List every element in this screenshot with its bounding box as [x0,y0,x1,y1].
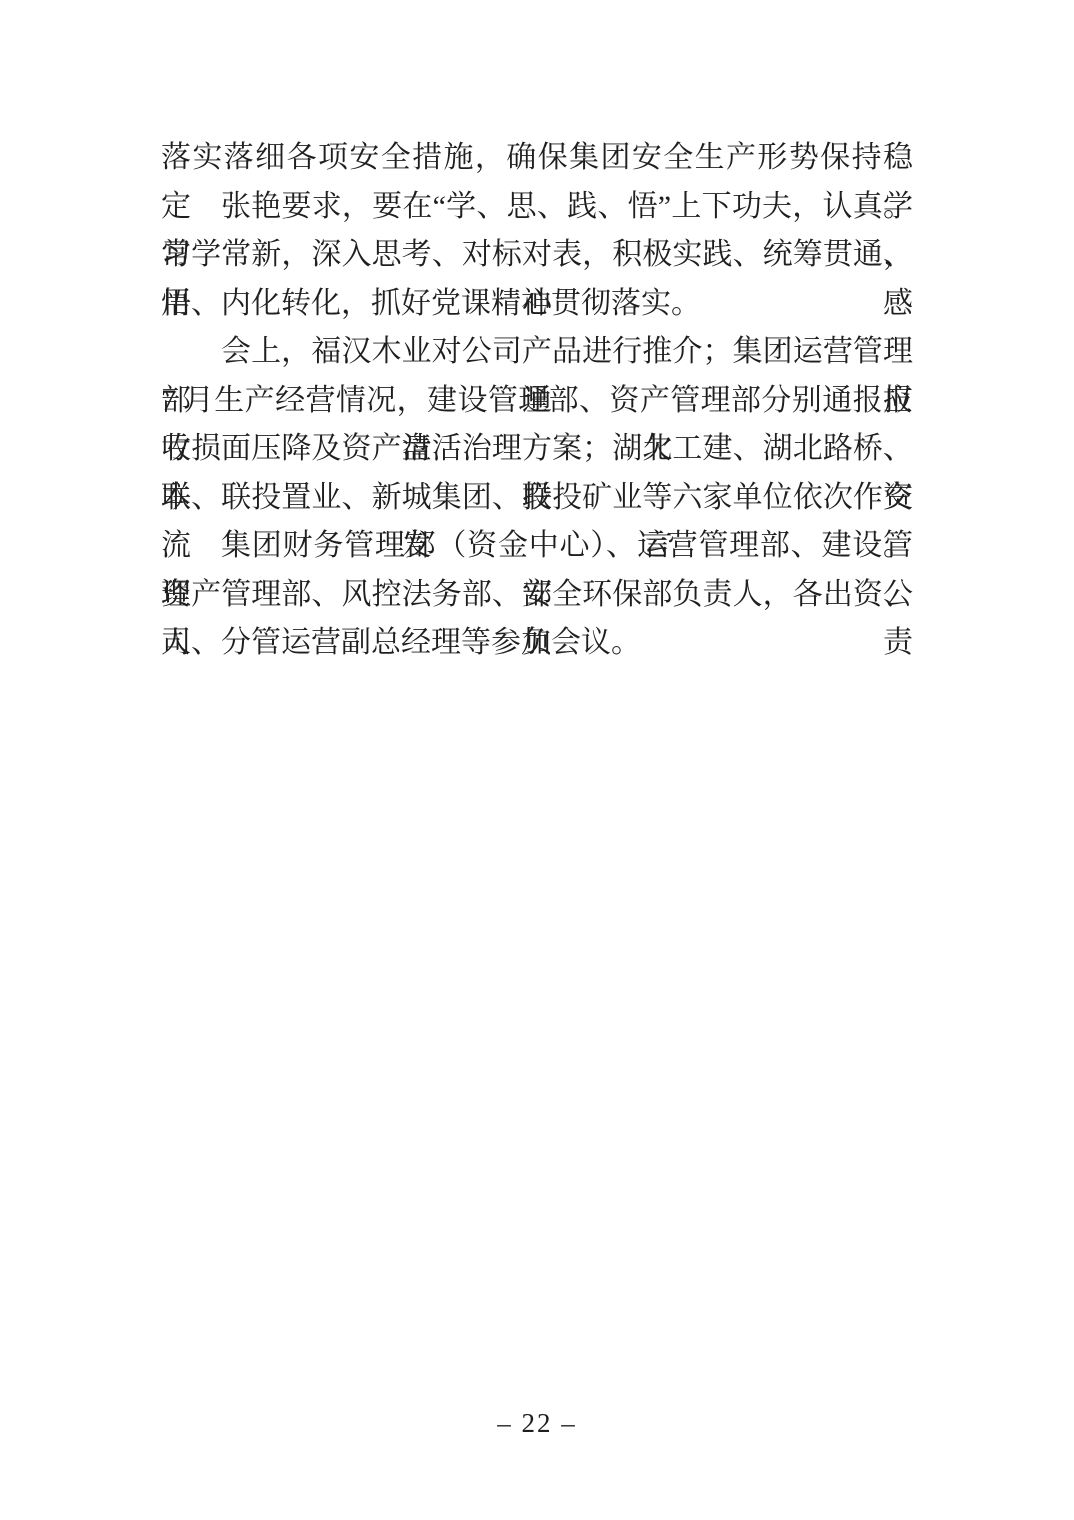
text-line: 7 月生产经营情况，建设管理部、资产管理部分别通报应收清欠、 [161,377,913,426]
text-line: 会上，福汉木业对公司产品进行推介；集团运营管理部通报 [161,328,913,377]
text-line: 集团财务管理部（资金中心）、运营管理部、建设管理部、 [161,522,913,571]
text-line: 常学常新，深入思考、对标对表，积极实践、统筹贯通，用心感 [161,231,913,280]
page-footer: – 22 – [0,1405,1074,1441]
document-page: 落实落细各项安全措施，确保集团安全生产形势保持稳定。张艳要求，要在“学、思、践、… [0,0,1074,1520]
text-line: 张艳要求，要在“学、思、践、悟”上下功夫，认真学习、 [161,183,913,232]
document-body: 落实落细各项安全措施，确保集团安全生产形势保持稳定。张艳要求，要在“学、思、践、… [161,134,913,668]
text-line: 资产管理部、风控法务部、安全环保部负责人，各出资公司负责 [161,571,913,620]
page-number: – 22 – [497,1408,577,1438]
text-line: 亏损面压降及资产盘活治理方案；湖北工建、湖北路桥、联投资 [161,425,913,474]
text-line: 落实落细各项安全措施，确保集团安全生产形势保持稳定。 [161,134,913,183]
text-line: 本、联投置业、新城集团、联投矿业等六家单位依次作交流发言。 [161,474,913,523]
